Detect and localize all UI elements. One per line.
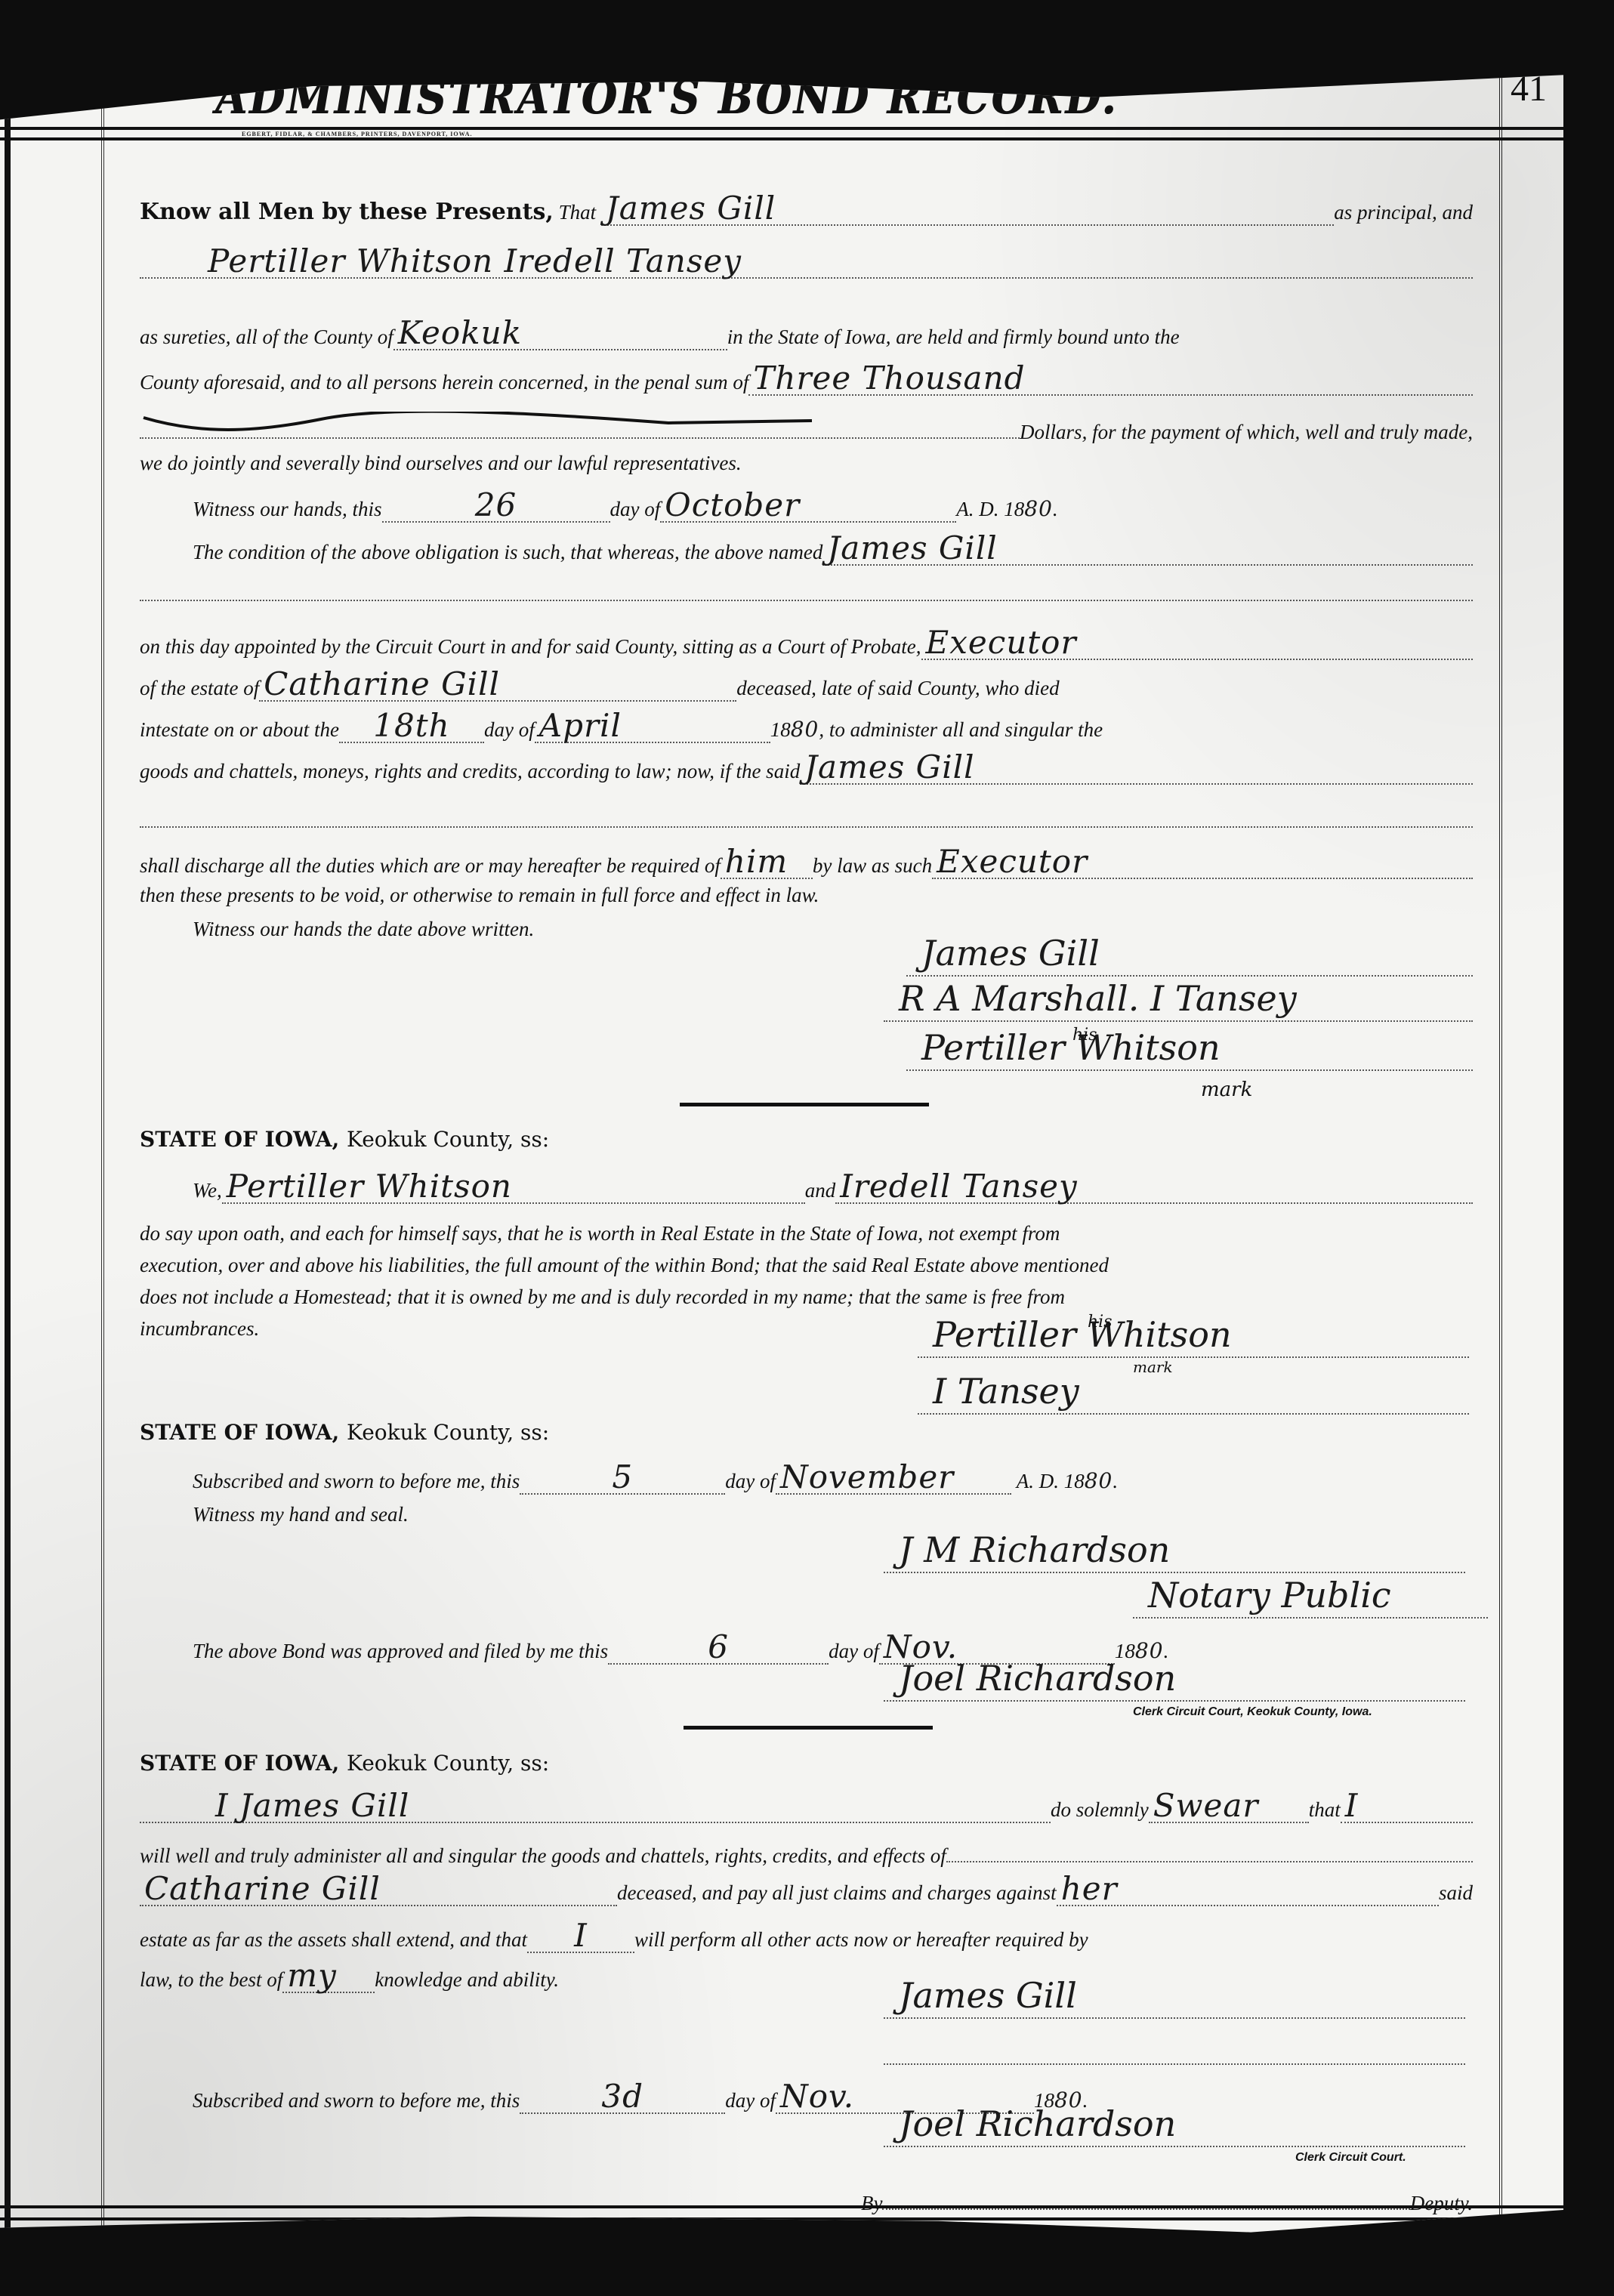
oath-text: will perform all other acts now or herea…: [634, 1928, 1088, 1952]
county-field: Keokuk: [393, 317, 727, 350]
estate-prefix: of the estate of: [140, 677, 259, 700]
affidavit-text: do say upon oath, and each for himself s…: [140, 1222, 1060, 1245]
ad-year-label: A. D. 18: [1017, 1470, 1085, 1493]
notary-line-1: Subscribed and sworn to before me, this …: [193, 1461, 1473, 1495]
bond-line-2: Pertiller Whitson Iredell Tansey: [140, 245, 1473, 279]
affidavit-line-4: does not include a Homestead; that it is…: [140, 1285, 1473, 1309]
and-label: and: [805, 1179, 836, 1202]
dash-stroke-icon: [140, 412, 819, 434]
deputy-label: Deputy.: [1410, 2192, 1473, 2215]
notary-heading: STATE OF IOWA, Keokuk County, ss:: [140, 1420, 1473, 1445]
we-label: We,: [193, 1179, 222, 1202]
sworn-prefix: Subscribed and sworn to before me, this: [193, 2089, 520, 2112]
that-label: that: [1309, 1798, 1341, 1822]
oath-heading: STATE OF IOWA, Keokuk County, ss:: [140, 1751, 1473, 1776]
day-of-label: day of: [725, 1470, 776, 1493]
state-heading: STATE OF IOWA, Keokuk County, ss:: [140, 1127, 549, 1152]
signature-text: Pertiller Whitson: [921, 1027, 1221, 1068]
bond-line-10: on this day appointed by the Circuit Cou…: [140, 627, 1473, 660]
death-day-field: 18th: [339, 710, 484, 743]
affidavit-signature-tansey: I Tansey: [918, 1371, 1469, 1415]
notary-day-field: 5: [520, 1461, 725, 1495]
decedent-field: Catharine Gill: [259, 668, 736, 702]
clerk-signature: Joel Richardson: [884, 1658, 1465, 1702]
year-prefix: 18: [770, 718, 791, 742]
mark-word: mark: [1201, 1079, 1252, 1101]
deputy-line: By Deputy.: [861, 2183, 1473, 2215]
witness-day-field: 26: [382, 489, 610, 523]
swear-field: Swear: [1149, 1790, 1309, 1823]
pronoun-her-field: her: [1057, 1873, 1439, 1906]
bond-line-5: Dollars, for the payment of which, well …: [140, 412, 1473, 444]
notary-line-2: Witness my hand and seal.: [193, 1503, 1473, 1526]
affidavit-line-1: We, Pertiller Whitson and Iredell Tansey: [193, 1171, 1473, 1204]
oath-day-field: 3d: [520, 2081, 725, 2114]
intestate-prefix: intestate on or about the: [140, 718, 339, 742]
condition-clause: The condition of the above obligation is…: [193, 541, 822, 564]
oath-clerk-title: Clerk Circuit Court.: [1295, 2151, 1406, 2165]
bond-line-7: Witness our hands, this 26 day of Octobe…: [193, 489, 1473, 523]
witness-prefix: Witness our hands, this: [193, 498, 382, 521]
mark-his: his: [1088, 1313, 1113, 1332]
sureties-names-field: Pertiller Whitson Iredell Tansey: [140, 245, 1473, 279]
bond-line-1: Know all Men by these Presents, That Jam…: [140, 193, 1473, 226]
bond-opening: Know all Men by these Presents,: [140, 199, 554, 225]
day-of-label: day of: [725, 2089, 776, 2112]
witness-year-field: 80: [1024, 498, 1053, 520]
page-title: ADMINISTRATOR'S BOND RECORD.: [215, 69, 1118, 125]
surety-1-field: Pertiller Whitson: [222, 1171, 805, 1204]
bond-line-12: intestate on or about the 18th day of Ap…: [140, 710, 1473, 743]
oath-line-4: estate as far as the assets shall extend…: [140, 1920, 1473, 1953]
discharge-clause: shall discharge all the duties which are…: [140, 854, 721, 878]
affidavit-text: does not include a Homestead; that it is…: [140, 1285, 1065, 1309]
pronoun-i-field: I: [1341, 1790, 1473, 1823]
oath-text: knowledge and ability.: [375, 1968, 559, 1992]
blank-line: [140, 801, 1473, 828]
day-of-label: day of: [829, 1640, 879, 1663]
bond-line-11: of the estate of Catharine Gill deceased…: [140, 668, 1473, 702]
penal-sum-field: Three Thousand: [748, 363, 1473, 396]
signature-sureties: R A Marshall. I Tansey: [884, 978, 1473, 1022]
state-heading: STATE OF IOWA, Keokuk County, ss:: [140, 1420, 549, 1445]
void-clause: then these presents to be void, or other…: [140, 884, 819, 907]
role-field: Executor: [921, 627, 1473, 660]
bond-line-14: [140, 801, 1473, 828]
pronoun-field: him: [721, 846, 813, 879]
page-number: 41: [1511, 68, 1547, 110]
oath-text: will well and truly administer all and s…: [140, 1844, 946, 1868]
signature-principal: James Gill: [906, 933, 1473, 977]
said-name-field: James Gill: [800, 751, 1473, 785]
section-divider: [680, 1103, 929, 1106]
solemnly-label: do solemnly: [1051, 1798, 1149, 1822]
said-label: said: [1439, 1881, 1473, 1905]
blank-line: [946, 1835, 1473, 1862]
left-margin-rule: [5, 30, 11, 2266]
clerk-title: Clerk Circuit Court, Keokuk County, Iowa…: [1133, 1705, 1372, 1719]
approval-day-field: 6: [608, 1631, 829, 1665]
death-month-field: April: [535, 710, 770, 743]
mark-his: his: [1072, 1026, 1097, 1045]
affidavit-heading: STATE OF IOWA, Keokuk County, ss:: [140, 1127, 1473, 1152]
bond-line-8: The condition of the above obligation is…: [193, 532, 1473, 566]
appointed-clause: on this day appointed by the Circuit Cou…: [140, 635, 921, 659]
oath-decedent-field: Catharine Gill: [140, 1873, 617, 1906]
oath-line-2: will well and truly administer all and s…: [140, 1835, 1473, 1868]
oath-text: estate as far as the assets shall extend…: [140, 1928, 527, 1952]
dollars-clause: Dollars, for the payment of which, well …: [1020, 421, 1473, 444]
oath-blank-signature-line: [884, 2032, 1465, 2065]
witness-month-field: October: [660, 489, 956, 523]
deceased-clause: deceased, late of said County, who died: [736, 677, 1059, 700]
left-inner-rule: [101, 30, 104, 2266]
signature-whitson: Pertiller Whitson: [906, 1027, 1473, 1071]
condition-name-field: James Gill: [822, 532, 1473, 566]
death-year-field: 80: [791, 719, 819, 740]
state-clause: in the State of Iowa, are held and firml…: [727, 326, 1180, 349]
ad-year-label: A. D. 18: [956, 498, 1024, 521]
oath-line-1: I James Gill do solemnly Swear that I: [140, 1790, 1473, 1823]
notary-month-field: November: [776, 1461, 1011, 1495]
bond-line-13: goods and chattels, moneys, rights and c…: [140, 751, 1473, 785]
bond-line-9: [140, 574, 1473, 601]
pronoun-i2-field: I: [527, 1920, 634, 1953]
deputy-field: [882, 2183, 1409, 2210]
as-sureties-label: as sureties, all of the County of: [140, 326, 393, 349]
goods-clause: goods and chattels, moneys, rights and c…: [140, 760, 800, 783]
notary-title: Notary Public: [1133, 1575, 1488, 1619]
section-divider: [684, 1726, 933, 1730]
notary-year-field: 80: [1085, 1470, 1113, 1492]
day-of-label: day of: [610, 498, 661, 521]
header-double-rule: [0, 127, 1563, 140]
oath-clerk-signature: Joel Richardson: [884, 2103, 1465, 2147]
role-again-field: Executor: [932, 846, 1473, 879]
administer-clause: , to administer all and singular the: [819, 718, 1103, 742]
bind-clause: we do jointly and severally bind ourselv…: [140, 452, 742, 475]
by-label: By: [861, 2192, 882, 2215]
as-principal-label: as principal, and: [1334, 201, 1473, 224]
bond-line-16: then these presents to be void, or other…: [140, 884, 1473, 907]
witness-date-clause: Witness our hands the date above written…: [193, 918, 534, 941]
record-page: ADMINISTRATOR'S BOND RECORD. 41 EGBERT, …: [0, 30, 1563, 2266]
oath-text: law, to the best of: [140, 1968, 282, 1992]
day-of-label: day of: [484, 718, 535, 742]
printer-imprint: EGBERT, FIDLAR, & CHAMBERS, PRINTERS, DA…: [242, 131, 472, 137]
that-label: That: [559, 201, 597, 224]
approval-text: The above Bond was approved and filed by…: [193, 1640, 608, 1663]
principal-name-field: James Gill: [601, 193, 1334, 226]
county-clause: County aforesaid, and to all persons her…: [140, 371, 748, 394]
oath-signature: James Gill: [884, 1975, 1465, 2019]
bond-line-3: as sureties, all of the County of Keokuk…: [140, 317, 1473, 350]
state-heading: STATE OF IOWA, Keokuk County, ss:: [140, 1751, 549, 1776]
witness-seal-text: Witness my hand and seal.: [193, 1503, 409, 1526]
affidavit-line-3: execution, over and above his liabilitie…: [140, 1254, 1473, 1277]
notary-signature: J M Richardson: [884, 1529, 1465, 1573]
surety-2-field: Iredell Tansey: [835, 1171, 1473, 1204]
blank-line: [140, 574, 1473, 601]
bond-line-4: County aforesaid, and to all persons her…: [140, 363, 1473, 396]
affidavit-signature-whitson: Pertiller Whitson: [918, 1314, 1469, 1358]
penal-sum-continuation: [140, 412, 1020, 439]
by-law-clause: by law as such: [813, 854, 932, 878]
sworn-prefix: Subscribed and sworn to before me, this: [193, 1470, 520, 1493]
affidavit-line-2: do say upon oath, and each for himself s…: [140, 1222, 1473, 1245]
bond-line-6: we do jointly and severally bind ourselv…: [140, 452, 1473, 475]
pronoun-my-field: my: [282, 1960, 375, 1993]
oath-name-field: I James Gill: [140, 1790, 1051, 1823]
affidavit-text: execution, over and above his liabilitie…: [140, 1254, 1109, 1277]
affidavit-text: incumbrances.: [140, 1317, 259, 1341]
oath-text: deceased, and pay all just claims and ch…: [617, 1881, 1057, 1905]
oath-line-3: Catharine Gill deceased, and pay all jus…: [140, 1873, 1473, 1906]
right-margin-rule: [1499, 30, 1502, 2266]
bond-line-15: shall discharge all the duties which are…: [140, 846, 1473, 879]
